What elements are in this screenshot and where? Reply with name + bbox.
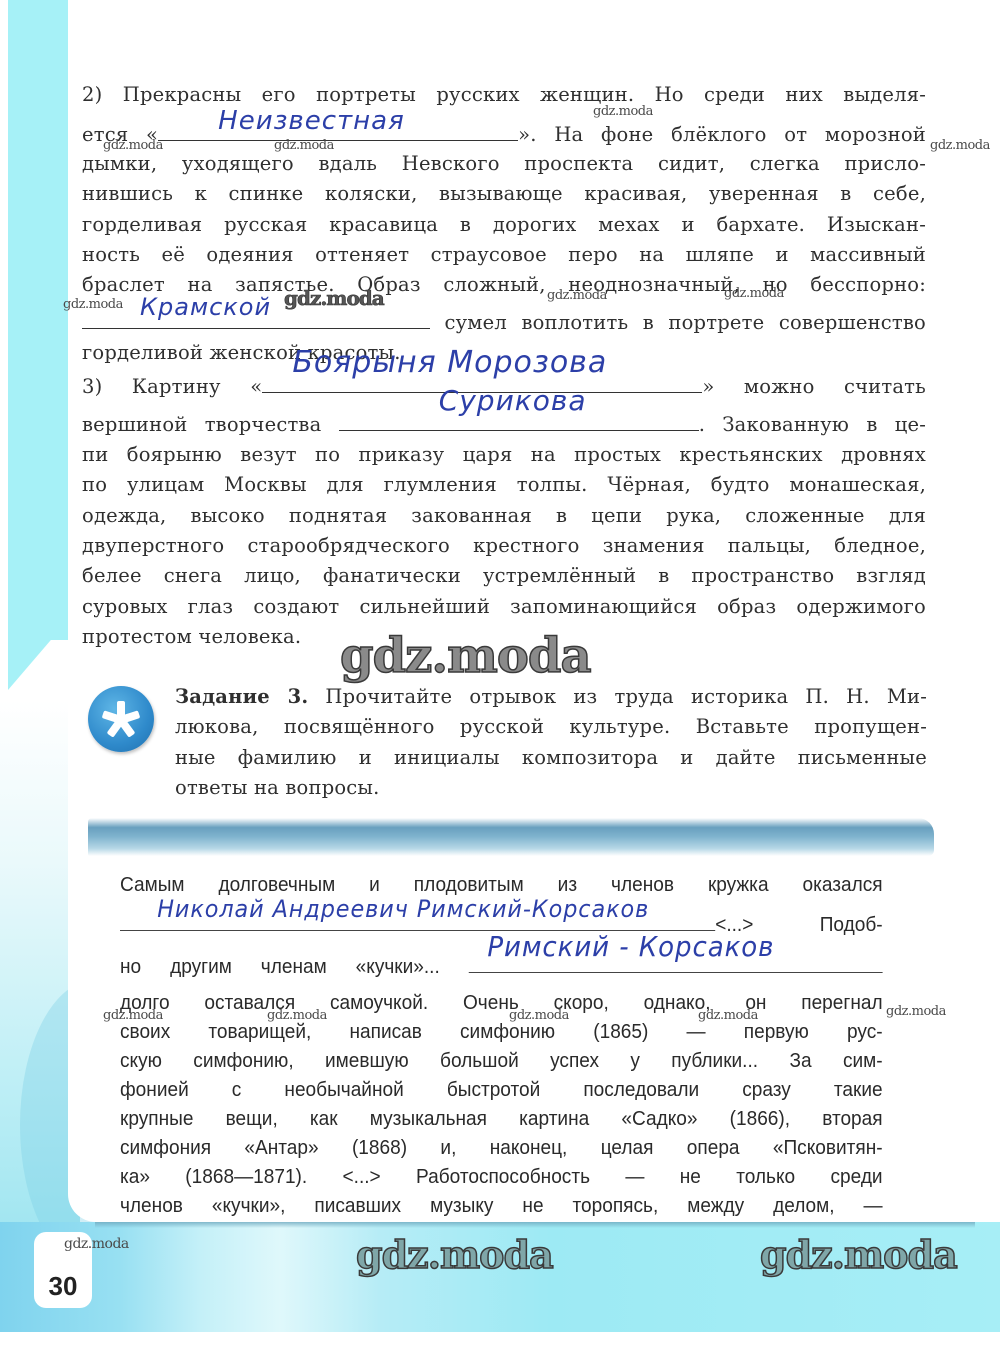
watermark-small: gdz.moda (509, 1008, 569, 1023)
text-line: скую симфонию, имевшую большой успех у п… (120, 1046, 883, 1076)
text-line: ответы на вопросы. (175, 773, 927, 803)
text-line: членов «кучки», писавших музыку не тороп… (120, 1191, 883, 1221)
watermark-small: gdz.moda (724, 286, 784, 301)
text-fragment: . Закованную в це- (699, 413, 926, 436)
bottom-band-shadow (95, 1222, 975, 1228)
text-line: двуперстного старообрядческого крестного… (82, 531, 926, 561)
text-line: по улицам Москвы для глумления толпы. Чё… (82, 470, 926, 500)
text-fragment: сумел воплотить в портрете совершенство (430, 311, 926, 334)
asterisk-icon (101, 699, 141, 739)
text-line: белее снега лицо, фанатически устремлённ… (82, 561, 926, 591)
watermark-small: gdz.moda (103, 138, 163, 153)
text-line: 2) Прекрасны его портреты русских женщин… (82, 80, 926, 110)
watermark-small: gdz.moda (930, 138, 990, 153)
watermark-small: gdz.moda (593, 104, 653, 119)
task-label: Задание 3. (175, 685, 308, 708)
text-line: долго оставался самоучкой. Очень скоро, … (120, 988, 883, 1018)
watermark-medium: gdz.moda (284, 286, 384, 310)
page-number: 30 (49, 1271, 78, 1302)
text-line: ные фамилию и инициалы композитора и дай… (175, 743, 927, 773)
text-line: горделивая русская красавица в дорогих м… (82, 210, 926, 240)
text-line: фонией с необычайной быстротой последова… (120, 1075, 883, 1105)
watermark-small: gdz.moda (274, 138, 334, 153)
text-line: ность её одеяния оттеняет страусовое пер… (82, 240, 926, 270)
text-line: люкова, посвящённого русской культуре. В… (175, 712, 927, 742)
watermark-small: gdz.moda (64, 1236, 129, 1252)
handwritten-answer: Николай Андреевич Римский-Корсаков (157, 894, 649, 924)
text-line: симфония «Антар» (1868) и, наконец, цела… (120, 1133, 883, 1163)
task-asterisk-badge (88, 686, 154, 752)
text-line: одежда, высоко поднятая закованная в цеп… (82, 501, 926, 531)
watermark-small: gdz.moda (886, 1004, 946, 1019)
handwritten-answer: Боярыня Морозова (292, 348, 607, 378)
text-fragment: ». На фоне блёклого от морозной (518, 123, 926, 146)
text-line: крупные вещи, как музыкальная картина «С… (120, 1104, 883, 1134)
text-line: пи боярыню везут по приказу царя на прос… (82, 440, 926, 470)
watermark-large: gdz.moda (356, 1232, 553, 1277)
text-line: суровых глаз создают сильнейший запомина… (82, 592, 926, 622)
text-line: дымки, уходящего вдаль Невского проспект… (82, 149, 926, 179)
answer-blank-portrait-title[interactable]: Неизвестная (158, 118, 518, 141)
left-decorative-triangle (8, 620, 68, 690)
text-line-with-blank: Крамской сумел воплотить в портрете сове… (82, 306, 926, 338)
text-fragment: 3) Картину « (82, 375, 262, 398)
watermark-small: gdz.moda (698, 1008, 758, 1023)
text-line-with-blank: ется «Неизвестная». На фоне блёклого от … (82, 118, 926, 150)
text-fragment: Прочитайте отрывок из труда историка П. … (308, 685, 927, 708)
left-decorative-strip (8, 0, 68, 640)
watermark-small: gdz.moda (103, 1008, 163, 1023)
handwritten-answer: Сурикова (439, 386, 587, 416)
handwritten-answer: Крамской (140, 292, 271, 322)
text-line: нившись к спинке коляски, вызывающе крас… (82, 179, 926, 209)
handwritten-answer: Неизвестная (218, 106, 405, 136)
text-line-with-blank: но другим членам «кучки»... Римский - Ко… (120, 950, 883, 982)
answer-blank-composer-full-name[interactable]: Николай Андреевич Римский-Корсаков (120, 908, 715, 931)
watermark-large: gdz.moda (340, 628, 591, 684)
text-line-with-blank: вершиной творчества Сурикова. Закованную… (82, 408, 926, 440)
answer-blank-painter[interactable]: Сурикова (339, 408, 699, 431)
handwritten-answer: Римский - Корсаков (487, 932, 774, 962)
watermark-small: gdz.moda (267, 1008, 327, 1023)
watermark-small: gdz.moda (547, 288, 607, 303)
answer-blank-composer-surname[interactable]: Римский - Корсаков (469, 950, 883, 973)
text-line: ка» (1868—1871). <...> Работоспособность… (120, 1162, 883, 1192)
text-line: Задание 3. Прочитайте отрывок из труда и… (175, 682, 927, 712)
watermark-small: gdz.moda (63, 297, 123, 312)
text-fragment: но другим членам «кучки»... (120, 955, 469, 978)
text-fragment: вершиной творчества (82, 413, 339, 436)
marker-stripe-decoration (88, 818, 934, 856)
text-line: своих товарищей, написав симфонию (1865)… (120, 1017, 883, 1047)
text-fragment: » можно считать (702, 375, 926, 398)
watermark-large: gdz.moda (760, 1232, 957, 1277)
